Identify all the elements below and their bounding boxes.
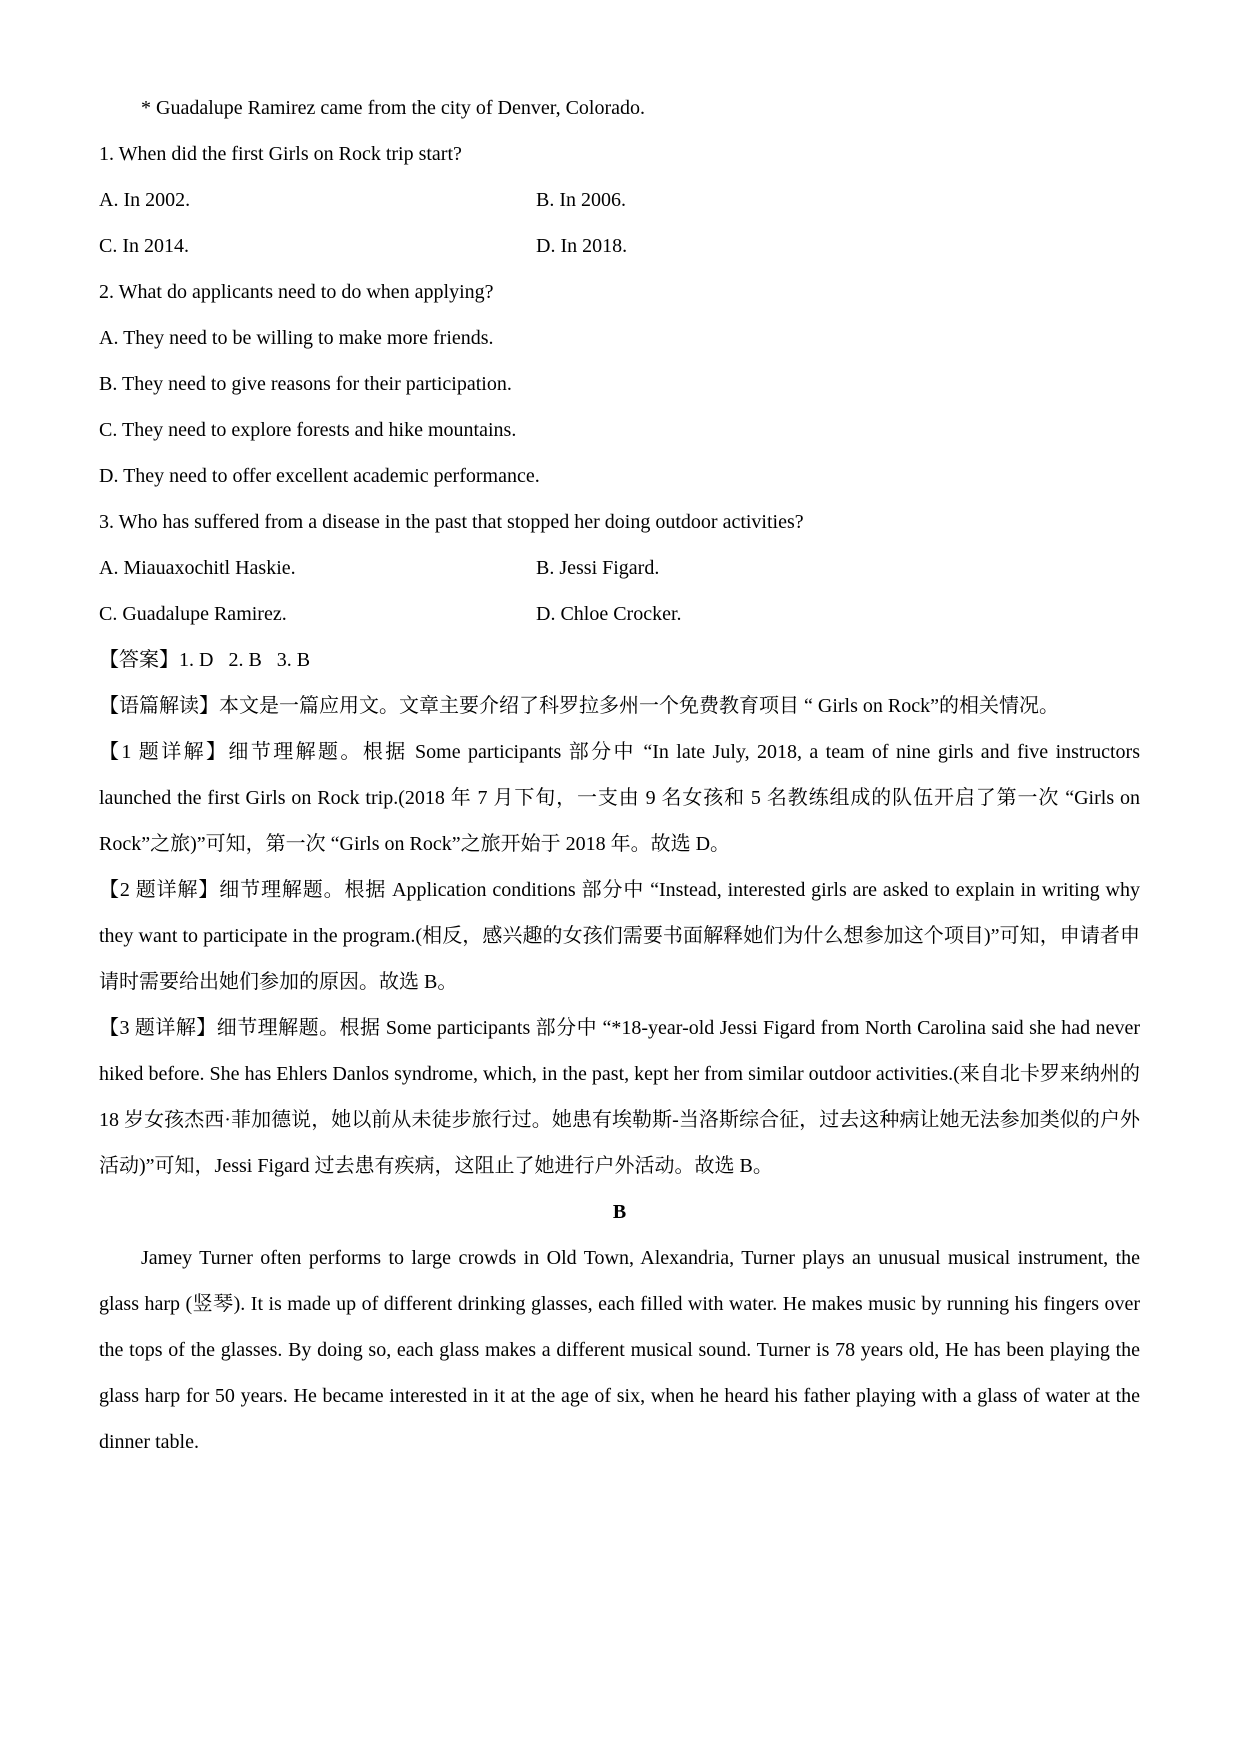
question-2-option-a: A. They need to be willing to make more … (99, 315, 1140, 361)
explanation-2-paragraph: 【2 题详解】细节理解题。根据 Application conditions 部… (99, 867, 1140, 1005)
question-2-stem: 2. What do applicants need to do when ap… (99, 269, 1140, 315)
passage-b-paragraph: Jamey Turner often performs to large cro… (99, 1235, 1140, 1465)
question-2-option-c: C. They need to explore forests and hike… (99, 407, 1140, 453)
question-3-option-a: A. Miauaxochitl Haskie. (99, 545, 536, 591)
explanation-1-paragraph: 【1 题详解】细节理解题。根据 Some participants 部分中 “I… (99, 729, 1140, 867)
explanation-3-paragraph: 【3 题详解】细节理解题。根据 Some participants 部分中 “*… (99, 1005, 1140, 1189)
question-1-option-c: C. In 2014. (99, 223, 536, 269)
answer-line: 【答案】1. D 2. B 3. B (99, 637, 1140, 683)
passage-overview-text: 本文是一篇应用文。文章主要介绍了科罗拉多州一个免费教育项目 “ Girls on… (219, 695, 1059, 717)
passage-a-footnote: * Guadalupe Ramirez came from the city o… (99, 85, 1140, 131)
explanation-1-text: 细节理解题。根据 Some participants 部分中 “In late … (99, 741, 1140, 855)
answer-label: 【答案】 (99, 649, 179, 671)
question-3-option-d: D. Chloe Crocker. (536, 591, 1140, 637)
explanation-2-text: 细节理解题。根据 Application conditions 部分中 “Ins… (99, 879, 1140, 993)
explanation-1-label: 【1 题详解】 (99, 741, 228, 763)
passage-overview-paragraph: 【语篇解读】本文是一篇应用文。文章主要介绍了科罗拉多州一个免费教育项目 “ Gi… (99, 683, 1140, 729)
document-page: * Guadalupe Ramirez came from the city o… (0, 0, 1240, 1754)
question-1-options-row-2: C. In 2014. D. In 2018. (99, 223, 1140, 269)
question-1-option-b: B. In 2006. (536, 177, 1140, 223)
question-3-options-row-1: A. Miauaxochitl Haskie. B. Jessi Figard. (99, 545, 1140, 591)
explanation-2-label: 【2 题详解】 (99, 879, 219, 901)
question-2-option-d: D. They need to offer excellent academic… (99, 453, 1140, 499)
question-3-option-b: B. Jessi Figard. (536, 545, 1140, 591)
question-3-option-c: C. Guadalupe Ramirez. (99, 591, 536, 637)
question-3-stem: 3. Who has suffered from a disease in th… (99, 499, 1140, 545)
question-1-option-d: D. In 2018. (536, 223, 1140, 269)
explanation-3-label: 【3 题详解】 (99, 1017, 217, 1039)
question-2-option-b: B. They need to give reasons for their p… (99, 361, 1140, 407)
explanation-3-text: 细节理解题。根据 Some participants 部分中 “*18-year… (99, 1017, 1140, 1177)
question-1-option-a: A. In 2002. (99, 177, 536, 223)
answer-values: 1. D 2. B 3. B (179, 649, 310, 671)
question-1-options-row-1: A. In 2002. B. In 2006. (99, 177, 1140, 223)
section-b-header: B (99, 1189, 1140, 1235)
passage-overview-label: 【语篇解读】 (99, 695, 219, 717)
question-1-stem: 1. When did the first Girls on Rock trip… (99, 131, 1140, 177)
question-3-options-row-2: C. Guadalupe Ramirez. D. Chloe Crocker. (99, 591, 1140, 637)
